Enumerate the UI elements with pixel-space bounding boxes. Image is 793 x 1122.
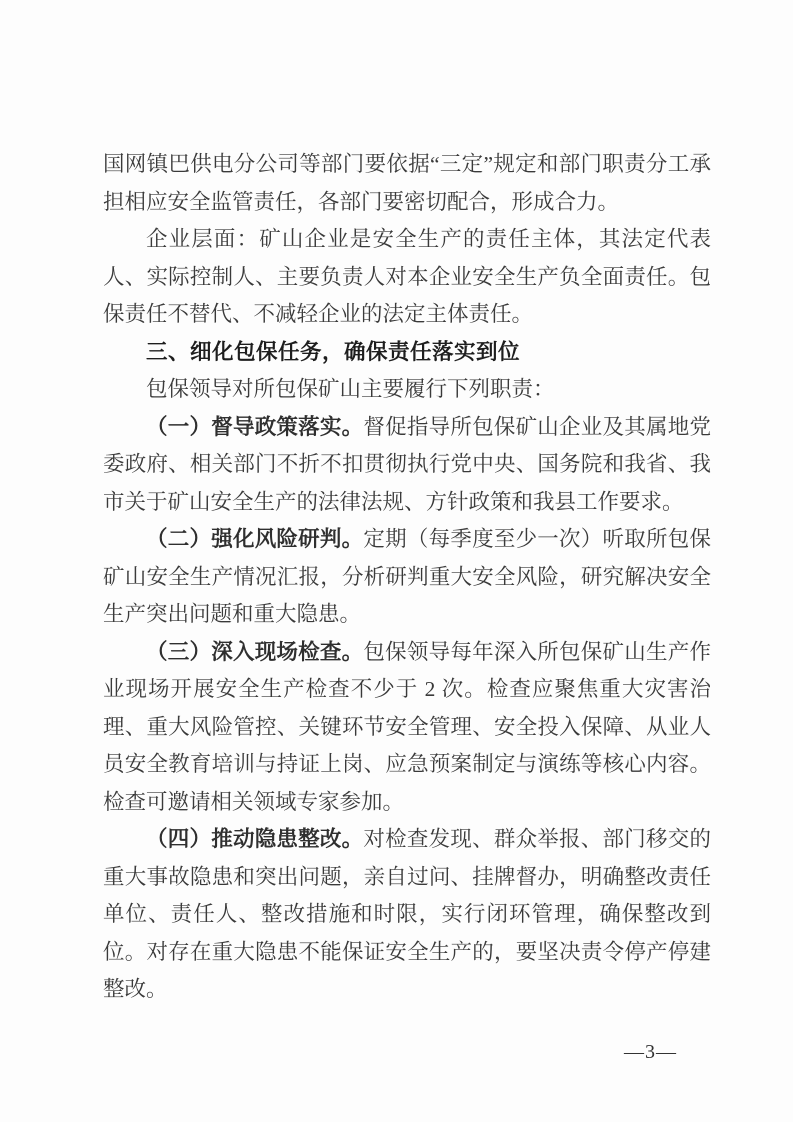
paragraph-duty-4: （四）推动隐患整改。对检查发现、群众举报、部门移交的重大事故隐患和突出问题，亲自…	[103, 821, 711, 1009]
document-body: 国网镇巴供电分公司等部门要依据“三定”规定和部门职责分工承担相应安全监管责任，各…	[103, 146, 711, 1009]
page-number: —3—	[624, 1040, 677, 1064]
section-heading: 三、细化包保任务，确保责任落实到位	[103, 334, 711, 372]
duty-3-title: （三）深入现场检查。	[146, 640, 363, 664]
paragraph-duty-1: （一）督导政策落实。督促指导所包保矿山企业及其属地党委政府、相关部门不折不扣贯彻…	[103, 409, 711, 522]
duty-4-title: （四）推动隐患整改。	[146, 827, 363, 851]
document-page: 国网镇巴供电分公司等部门要依据“三定”规定和部门职责分工承担相应安全监管责任，各…	[0, 0, 793, 1122]
duty-2-title: （二）强化风险研判。	[146, 527, 363, 551]
duty-4-body: 对检查发现、群众举报、部门移交的重大事故隐患和突出问题，亲自过问、挂牌督办，明确…	[103, 827, 711, 1001]
duty-1-title: （一）督导政策落实。	[146, 415, 363, 439]
paragraph-duty-2: （二）强化风险研判。定期（每季度至少一次）听取所包保矿山安全生产情况汇报，分析研…	[103, 521, 711, 634]
paragraph-duty-3: （三）深入现场检查。包保领导每年深入所包保矿山生产作业现场开展安全生产检查不少于…	[103, 634, 711, 822]
duty-3-body: 包保领导每年深入所包保矿山生产作业现场开展安全生产检查不少于 2 次。检查应聚焦…	[103, 640, 711, 814]
paragraph-departments-responsibility: 国网镇巴供电分公司等部门要依据“三定”规定和部门职责分工承担相应安全监管责任，各…	[103, 146, 711, 221]
paragraph-duties-intro: 包保领导对所包保矿山主要履行下列职责：	[103, 371, 711, 409]
paragraph-enterprise-level: 企业层面：矿山企业是安全生产的责任主体，其法定代表人、实际控制人、主要负责人对本…	[103, 221, 711, 334]
